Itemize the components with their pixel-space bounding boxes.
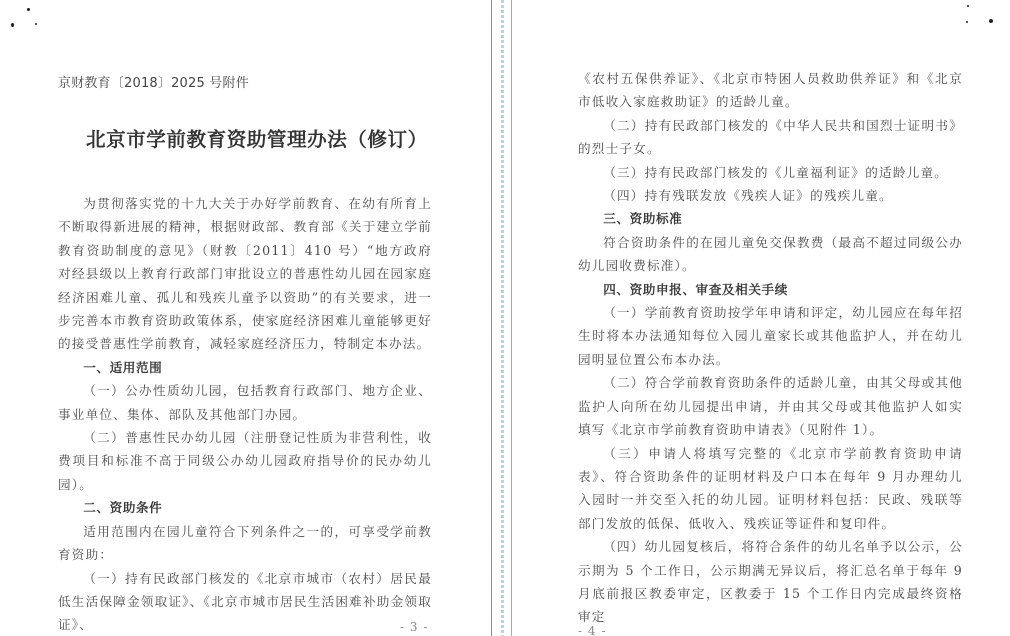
page-edge-left [491,0,492,636]
procedure-item-2: （二）符合学前教育资助条件的适龄儿童，由其父母或其他监护人向所在幼儿园提出申请，… [578,371,963,441]
condition-item-4: （四）持有残联发放《残疾人证》的残疾儿童。 [578,184,963,207]
page-number: - 4 - [578,624,606,636]
section-heading-standard: 三、资助标准 [578,207,963,230]
scope-item-2: （二）普惠性民办幼儿园（注册登记性质为非营利性，收费项目和标准不高于同级公办幼儿… [58,426,432,496]
condition-item-1: （一）持有民政部门核发的《北京市城市（农村）居民最低生活保障金领取证》、《北京市… [58,567,432,636]
document-page-3: 京财教育〔2018〕2025 号附件 北京市学前教育资助管理办法（修订） 为贯彻… [0,0,491,636]
condition-item-1-continued: 《农村五保供养证》、《北京市特困人员救助供养证》和《北京市低收入家庭救助证》的适… [578,67,963,114]
page-3-body: 为贯彻落实党的十九大关于办好学前教育、在幼有所育上不断取得新进展的精神，根据财政… [58,192,432,636]
scan-speck [27,8,30,11]
document-title: 北京市学前教育资助管理办法（修订） [86,124,428,152]
section-heading-procedure: 四、资助申报、审查及相关手续 [578,278,963,301]
section-heading-conditions: 二、资助条件 [58,496,432,519]
scan-speck [35,23,37,25]
page-divider [491,0,512,636]
document-reference-number: 京财教育〔2018〕2025 号附件 [58,72,249,91]
scan-speck [967,5,969,7]
page-4-body: 《农村五保供养证》、《北京市特困人员救助供养证》和《北京市低收入家庭救助证》的适… [578,67,963,629]
scan-speck [11,23,14,27]
scan-speck [966,21,968,23]
scope-item-1: （一）公办性质幼儿园，包括教育行政部门、地方企业、事业单位、集体、部队及其他部门… [58,379,432,426]
dotted-divider-line [501,0,504,636]
procedure-item-4: （四）幼儿园复核后，将符合条件的幼儿名单予以公示，公示期为 5 个工作日，公示期… [578,535,963,629]
scan-speck [989,19,993,23]
document-page-4: 《农村五保供养证》、《北京市特困人员救助供养证》和《北京市低收入家庭救助证》的适… [512,0,1010,636]
page-number: - 3 - [400,620,428,634]
conditions-intro: 适用范围内在园儿童符合下列条件之一的，可享受学前教育资助： [58,520,432,567]
intro-paragraph: 为贯彻落实党的十九大关于办好学前教育、在幼有所育上不断取得新进展的精神，根据财政… [58,192,432,356]
condition-item-3: （三）持有民政部门核发的《儿童福利证》的适龄儿童。 [578,161,963,184]
condition-item-2: （二）持有民政部门核发的《中华人民共和国烈士证明书》的烈士子女。 [578,114,963,161]
procedure-item-3: （三）申请人将填写完整的《北京市学前教育资助申请表》、符合资助条件的证明材料及户… [578,442,963,536]
section-heading-scope: 一、适用范围 [58,356,432,379]
procedure-item-1: （一）学前教育资助按学年申请和评定，幼儿园应在每年招生时将本办法通知每位入园儿童… [578,301,963,371]
standard-paragraph: 符合资助条件的在园儿童免交保教费（最高不超过同级公办幼儿园收费标准）。 [578,231,963,278]
